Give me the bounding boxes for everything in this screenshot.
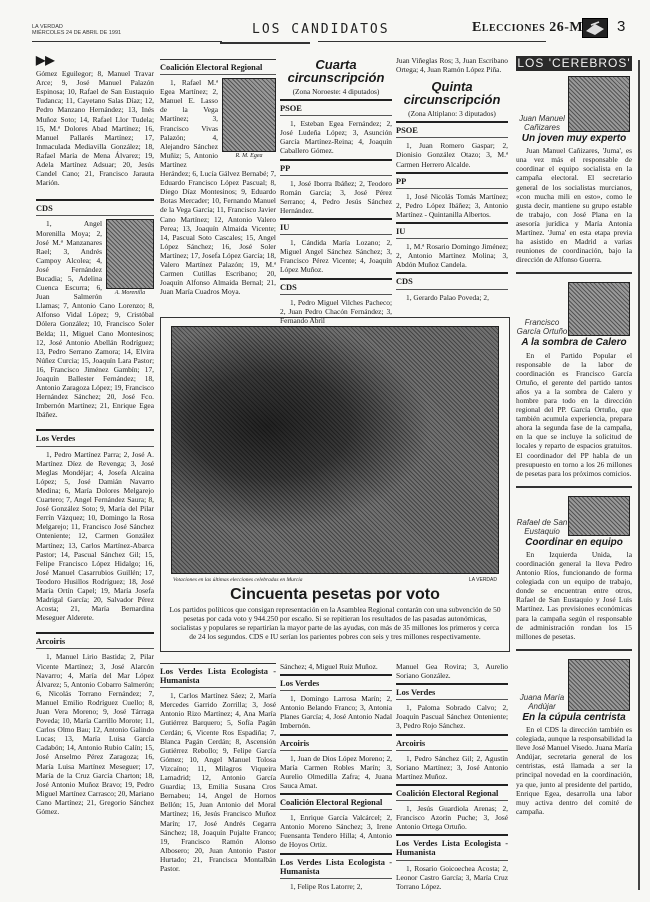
continuation-text: Gómez Eguilegor; 8, Manuel Travar Arce; … (36, 69, 154, 187)
continuation-text: Manuel Gea Rovira; 3, Aurelio Soriano Go… (396, 662, 508, 680)
circumscription-title: Quinta circunscripción (396, 80, 508, 106)
party-header-arcoiris: Arcoiris (396, 734, 508, 751)
photo-caption: R. M. Egea (222, 152, 276, 161)
bottom-column-c: Manuel Gea Rovira; 3, Aurelio Soriano Go… (396, 662, 508, 894)
party-header-cer: Coalición Electoral Regional (396, 784, 508, 801)
party-list-arcoiris: 1, Juan de Dios López Moreno; 2, María C… (280, 754, 392, 790)
party-header-arcoiris: Arcoiris (36, 632, 154, 649)
column-1: ▶▶ Gómez Eguilegor; 8, Manuel Travar Arc… (36, 56, 154, 819)
party-list-verdes: 1, Domingo Larrosa Marín; 2, Antonio Bel… (280, 694, 392, 730)
portrait-morenilla: A. Morenilla (106, 219, 154, 298)
party-list-verdes: 1, Pedro Martínez Parra; 2, José A. Mart… (36, 450, 154, 623)
profile-text: En el Partido Popular el responsable de … (516, 351, 632, 478)
party-list-pp: 1, José Iborra Ibáñez; 2, Teodoro Román … (280, 179, 392, 215)
divider (516, 486, 632, 488)
box-headline: Cincuenta pesetas por voto (161, 586, 509, 604)
party-header-cds: CDS (396, 272, 508, 289)
profile-ortuno: Francisco García Ortuño (516, 282, 632, 336)
party-header-cer: Coalición Electoral Regional (280, 793, 392, 810)
party-list-lv: 1, Rosario Goicoechea Acosta; 2, Leonor … (396, 864, 508, 891)
party-header-arcoiris: Arcoiris (280, 734, 392, 751)
party-header-cds: CDS (36, 199, 154, 216)
column-3: Cuarta circunscripción (Zona Noroeste: 4… (280, 58, 392, 328)
photo-caption: A. Morenilla (106, 289, 154, 298)
party-header-verdes: Los Verdes (280, 674, 392, 691)
zone-label: (Zona Altiplano: 3 diputados) (396, 109, 508, 118)
page-number: 3 (617, 18, 625, 35)
party-list-arcoiris: 1, Manuel Lirio Bastida; 2, Pilar Vicent… (36, 652, 154, 816)
photo-credit: LA VERDAD (469, 577, 497, 583)
cerebros-sidebar: LOS 'CEREBROS' Juan Manuel Cañizares Un … (516, 56, 632, 819)
party-list-iu: 1, Cándida María Lozano; 2, Miguel Angel… (280, 238, 392, 274)
party-header-pp: PP (280, 159, 392, 176)
party-header-psoe: PSOE (396, 121, 508, 138)
profile-name: Rafael de San Eustaquio (516, 518, 568, 536)
circumscription-title: Cuarta circunscripción (280, 58, 392, 84)
party-header-iu: IU (280, 218, 392, 235)
party-header-psoe: PSOE (280, 99, 392, 116)
party-header-cer: Coalición Electoral Regional (160, 59, 276, 75)
elections-label: Elecciones 26-M (472, 20, 583, 36)
profile-text: En el CDS la dirección también es colegi… (516, 725, 632, 816)
profile-canizares: Juan Manuel Cañizares (516, 76, 632, 132)
party-header-pp: PP (396, 172, 508, 189)
profile-andujar: Juana María Andújar (516, 659, 632, 711)
portrait-photo (568, 76, 630, 132)
paper-date: MIÉRCOLES 24 DE ABRIL DE 1991 (32, 30, 121, 36)
party-header-lv: Los Verdes Lista Ecologista - Humanista (396, 834, 508, 860)
section-title: LOS CANDIDATOS (252, 22, 390, 37)
party-list-iu: 1, M.ª Rosario Domingo Jiménez; 2, Anton… (396, 242, 508, 269)
masthead: LA VERDAD MIÉRCOLES 24 DE ABRIL DE 1991 … (32, 24, 632, 42)
feature-box: Votaciones en las últimas elecciones cel… (160, 317, 510, 652)
party-header-lv: Los Verdes Lista Ecologista - Humanista (160, 663, 276, 688)
arrows-icon: ▶▶ (36, 56, 154, 65)
party-header-verdes: Los Verdes (36, 429, 154, 446)
header-rule (318, 41, 546, 42)
photo-caption: Votaciones en las últimas elecciones cel… (173, 577, 302, 583)
profile-headline: A la sombra de Calero (516, 338, 632, 347)
party-header-iu: IU (396, 222, 508, 239)
portrait-photo (568, 659, 630, 711)
party-list-lv: 1, Felipe Ros Latorre; 2, (280, 882, 392, 891)
party-list-psoe: 1, Juan Romero Gaspar; 2, Dionisio Gonzá… (396, 141, 508, 168)
divider (516, 272, 632, 274)
portrait-photo (106, 219, 154, 289)
column-4: Juan Viñeglas Ros; 3, Juan Escribano Ort… (396, 56, 508, 305)
header-rule (32, 41, 222, 42)
page-edge-rule (638, 60, 640, 890)
party-list-cer: 1, Jesús Guardiola Arenas; 2, Francisco … (396, 804, 508, 831)
profile-headline: Un joven muy experto (516, 134, 632, 143)
party-list-arcoiris: 1, Pedro Sánchez Gil; 2, Agustín Soriano… (396, 754, 508, 781)
party-list-lv: 1, Carlos Martínez Sáez; 2, María Merced… (160, 691, 276, 873)
portrait-photo (568, 496, 630, 536)
box-text: Los partidos políticos que consigan repr… (169, 605, 501, 641)
profile-headline: Coordinar en equipo (516, 538, 632, 547)
bottom-column-b: Sánchez; 4, Miguel Ruiz Muñoz. Los Verde… (280, 662, 392, 894)
profile-headline: En la cúpula centrista (516, 713, 632, 722)
ballot-box-icon (582, 18, 608, 38)
party-list-cds: 1, Gerardo Palao Poveda; 2, (396, 293, 508, 302)
party-list-verdes: 1, Paloma Sobrado Calvo; 2, Joaquín Pasc… (396, 703, 508, 730)
zone-label: (Zona Noroeste: 4 diputados) (280, 87, 392, 96)
profile-text: Juan Manuel Cañizares, 'Juma', es una ve… (516, 146, 632, 264)
portrait-photo (222, 78, 276, 152)
profile-text: En Izquierda Unida, la coordinación gene… (516, 550, 632, 641)
profile-name: Juana María Andújar (516, 693, 568, 711)
party-list-cer: 1, Enrique García Valcárcel; 2, Antonio … (280, 813, 392, 849)
column-2: Coalición Electoral Regional R. M. Egea … (160, 56, 276, 299)
bottom-column-a: Los Verdes Lista Ecologista - Humanista … (160, 660, 276, 876)
portrait-photo (568, 282, 630, 336)
party-list-pp: 1, José Nicolás Tomás Martínez; 2, Pedro… (396, 192, 508, 219)
voting-photo (171, 326, 499, 574)
profile-san-eustaquio: Rafael de San Eustaquio (516, 496, 632, 536)
continuation-text: Juan Viñeglas Ros; 3, Juan Escribano Ort… (396, 56, 508, 74)
divider (516, 649, 632, 651)
party-header-lv: Los Verdes Lista Ecologista - Humanista (280, 853, 392, 879)
sidebar-title: LOS 'CEREBROS' (516, 56, 632, 71)
party-list-psoe: 1, Esteban Egea Fernández; 2, José Ludeñ… (280, 119, 392, 155)
continuation-text: Sánchez; 4, Miguel Ruiz Muñoz. (280, 662, 392, 671)
header-rule (220, 42, 310, 44)
profile-name: Juan Manuel Cañizares (516, 114, 568, 132)
party-header-verdes: Los Verdes (396, 683, 508, 700)
party-header-cds: CDS (280, 278, 392, 295)
portrait-egea: R. M. Egea (222, 78, 276, 161)
profile-name: Francisco García Ortuño (516, 318, 568, 336)
